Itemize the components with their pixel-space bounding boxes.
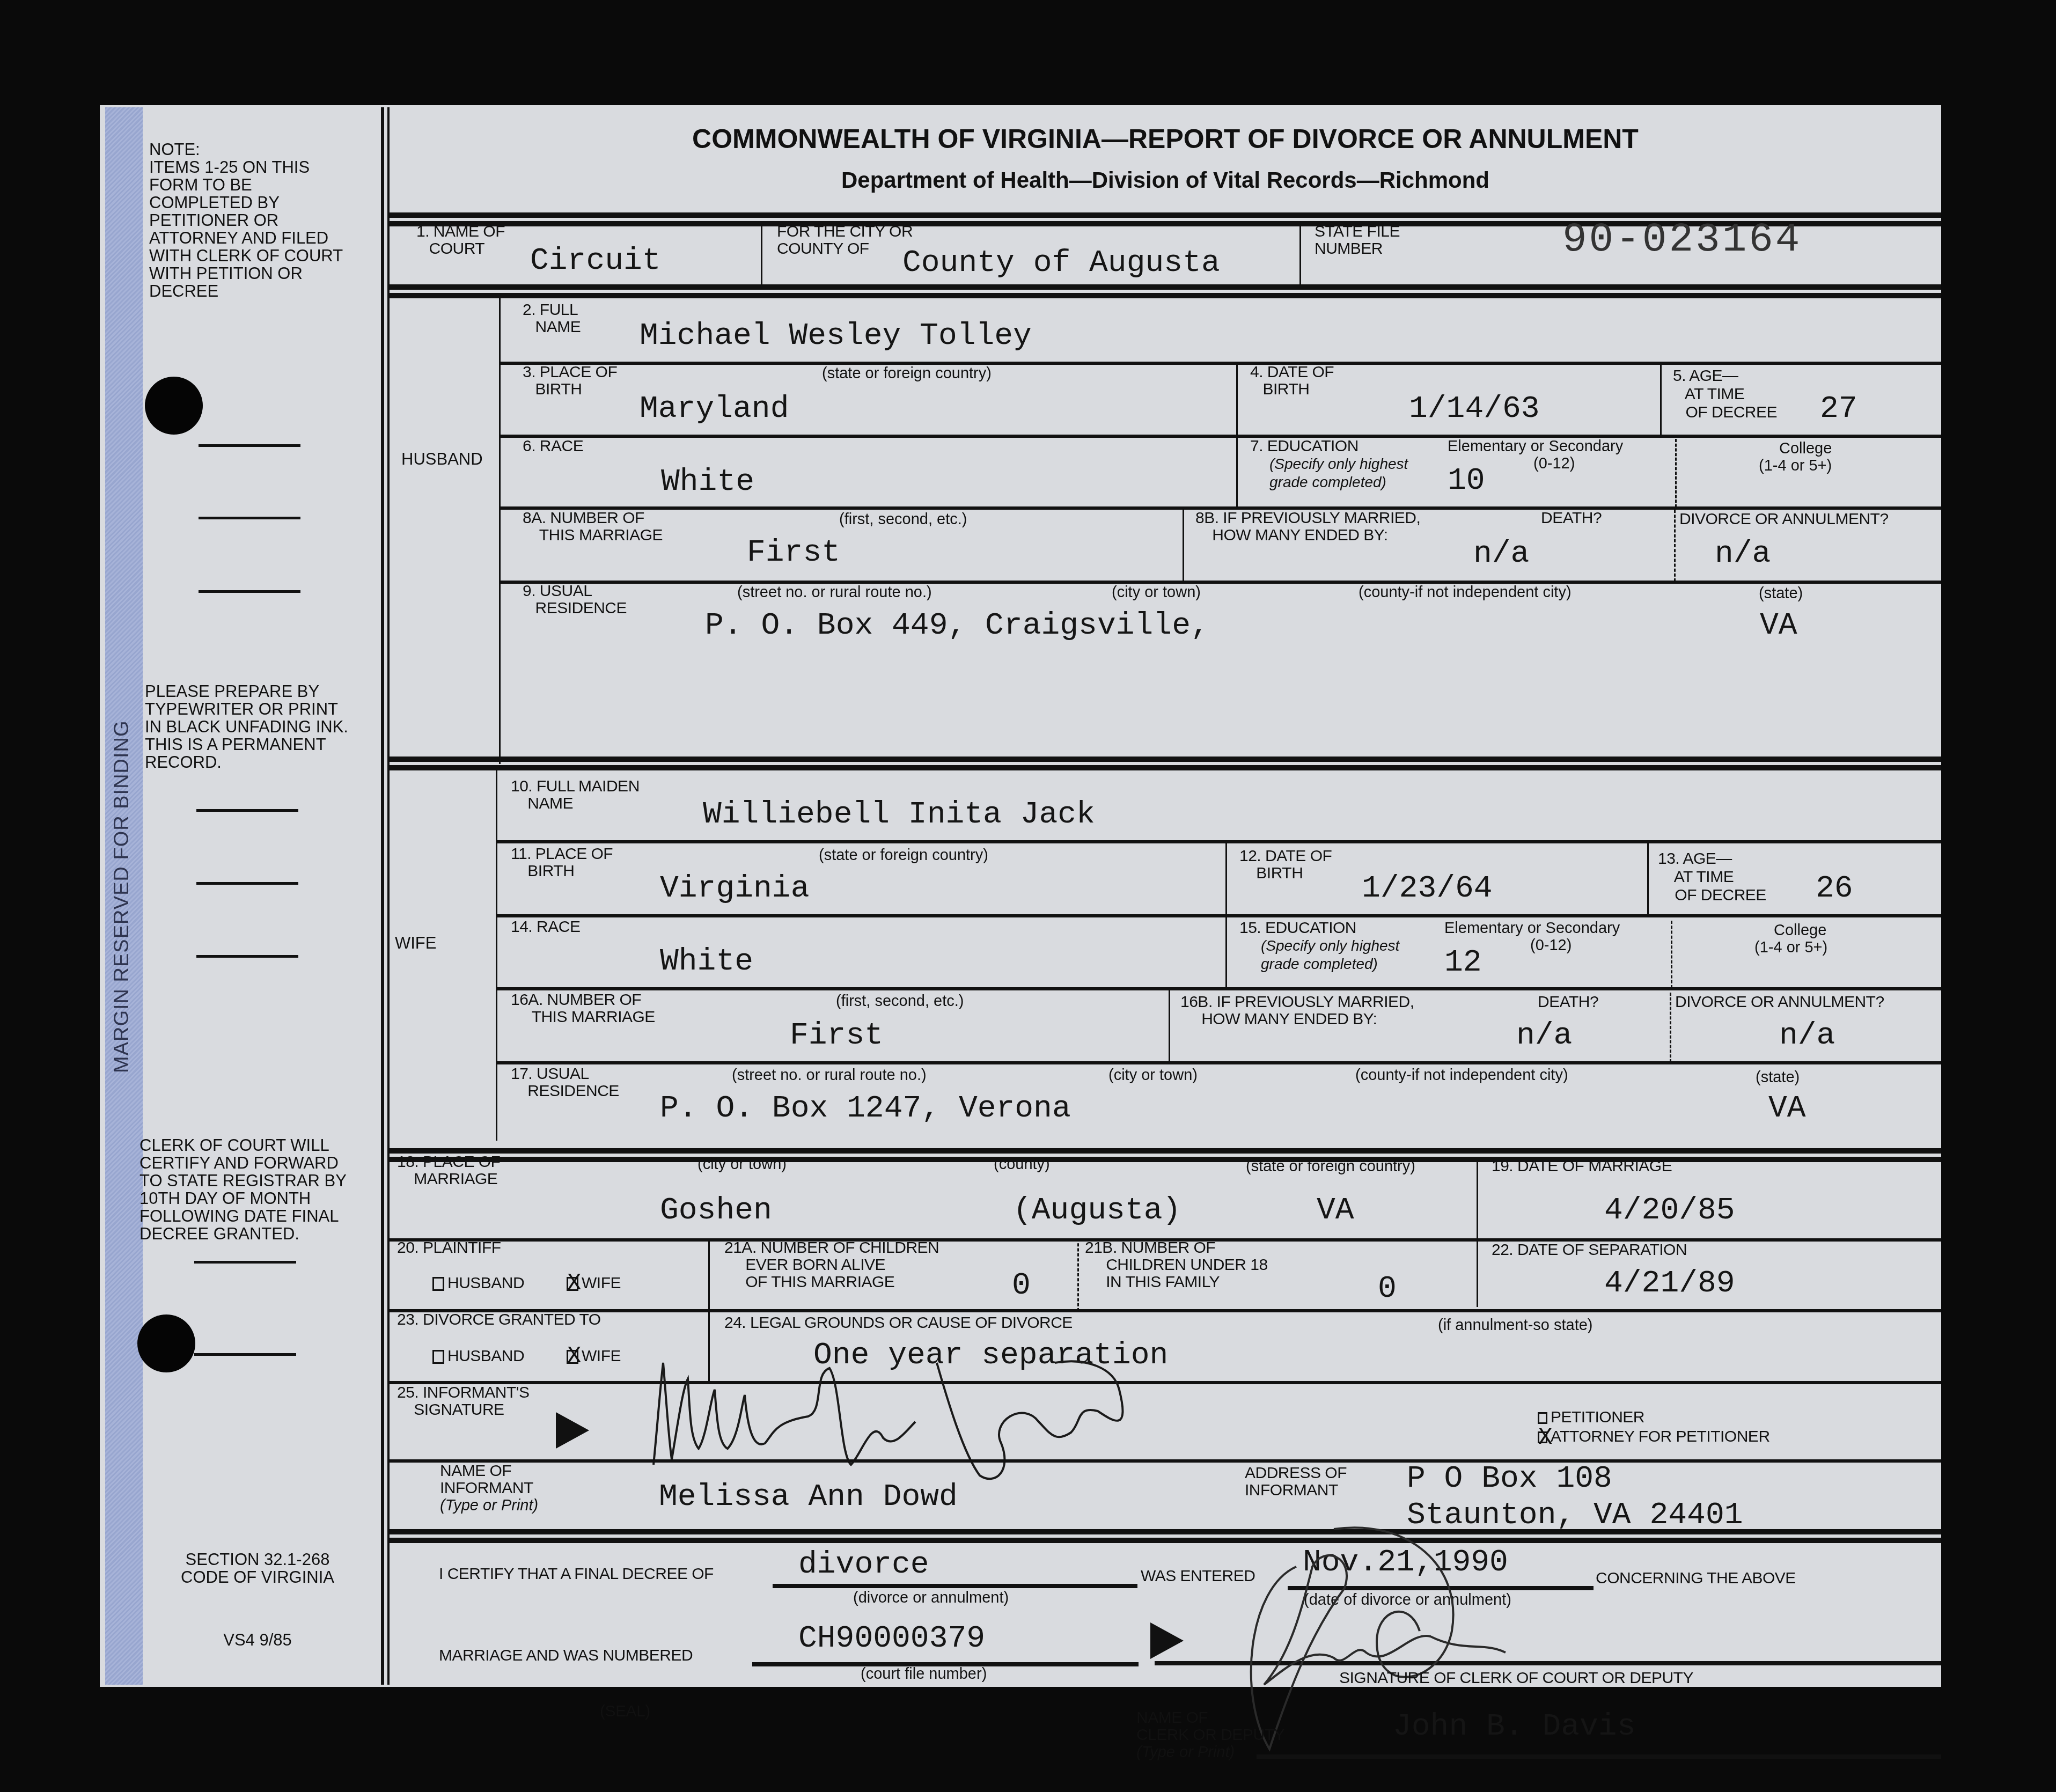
attorney-checkbox[interactable] xyxy=(1538,1431,1547,1443)
granted-label: 23. DIVORCE GRANTED TO xyxy=(397,1311,601,1328)
death-label: DEATH? xyxy=(1541,510,1602,527)
children-born-label: 21a. NUMBER OF CHILDREN EVER BORN ALIVE … xyxy=(724,1239,939,1291)
rule xyxy=(1670,993,1671,1062)
birthplace-hint: (state or foreign country) xyxy=(819,847,988,864)
punch-hole xyxy=(137,1314,195,1372)
husband-race-label: 6. RACE xyxy=(523,438,583,455)
rule xyxy=(390,757,1941,770)
wife-residence-state[interactable]: VA xyxy=(1768,1091,1806,1126)
attorney-option[interactable]: ATTORNEY FOR PETITIONER xyxy=(1538,1427,1770,1446)
code-section: SECTION 32.1-268 CODE OF VIRGINIA xyxy=(145,1551,370,1586)
concerning-text: CONCERNING THE ABOVE xyxy=(1596,1570,1796,1587)
wife-marriage-num-label: 16a. NUMBER OF THIS MARRIAGE xyxy=(511,992,655,1026)
wife-edu-elem[interactable]: 12 xyxy=(1444,945,1482,980)
marriage-num-hint: (first, second, etc.) xyxy=(839,511,967,528)
husband-edu-label: 7. EDUCATION xyxy=(1250,438,1359,455)
rule xyxy=(390,1529,1941,1543)
rule xyxy=(1671,921,1672,988)
plaintiff-label: 20. PLAINTIFF xyxy=(397,1239,501,1257)
marriage-date-label: 19. DATE OF MARRIAGE xyxy=(1492,1158,1672,1175)
husband-dob[interactable]: 1/14/63 xyxy=(1409,392,1540,427)
edu-elem-range: (0-12) xyxy=(1533,455,1575,473)
rule xyxy=(499,581,1941,584)
divorce-report-form: COMMONWEALTH OF VIRGINIA—REPORT OF DIVOR… xyxy=(390,107,1941,1685)
granted-wife-option[interactable]: WIFE xyxy=(567,1348,621,1365)
form-title: COMMONWEALTH OF VIRGINIA—REPORT OF DIVOR… xyxy=(390,123,1941,155)
state-file-number: 90-023164 xyxy=(1562,217,1802,263)
rule xyxy=(496,987,1941,990)
husband-prev-divorce[interactable]: n/a xyxy=(1715,537,1771,571)
edu-college-label: College xyxy=(1779,440,1832,458)
children-born[interactable]: 0 xyxy=(1012,1268,1031,1303)
margin-blank xyxy=(199,444,300,447)
husband-prev-death[interactable]: n/a xyxy=(1473,537,1529,571)
rule xyxy=(390,1381,1941,1384)
edu-college-label: College xyxy=(1774,922,1826,939)
wife-race-label: 14. RACE xyxy=(511,919,580,936)
informant-name[interactable]: Melissa Ann Dowd xyxy=(659,1480,958,1515)
wife-name[interactable]: Williebell Inita Jack xyxy=(703,797,1095,832)
court-name[interactable]: Circuit xyxy=(530,244,661,278)
grounds-hint: (if annulment-so state) xyxy=(1438,1317,1593,1334)
husband-marriage-num[interactable]: First xyxy=(747,535,840,570)
husband-birthplace[interactable]: Maryland xyxy=(640,392,789,427)
informant-address-label: ADDRESS OF INFORMANT xyxy=(1245,1465,1347,1499)
informant-signature xyxy=(647,1357,1151,1486)
hint-state: (state or foreign country) xyxy=(1246,1158,1415,1176)
marriage-city[interactable]: Goshen xyxy=(660,1193,772,1228)
type-or-print-hint: (Type or Print) xyxy=(440,1497,538,1515)
margin-divider xyxy=(381,107,390,1685)
numbered-text: MARRIAGE AND WAS NUMBERED xyxy=(439,1647,693,1664)
form-subtitle: Department of Health—Division of Vital R… xyxy=(390,167,1941,193)
rule xyxy=(496,840,1941,843)
plaintiff-husband-option[interactable]: HUSBAND xyxy=(432,1275,524,1292)
res-hint-city: (city or town) xyxy=(1112,584,1201,601)
marriage-date[interactable]: 4/20/85 xyxy=(1604,1193,1735,1228)
county-name[interactable]: County of Augusta xyxy=(902,246,1220,281)
clerk-name[interactable]: John B. Davis xyxy=(1393,1709,1635,1744)
hint-city: (city or town) xyxy=(697,1156,787,1173)
court-label: 1. NAME OF COURT xyxy=(416,223,505,258)
margin-blank xyxy=(194,1353,296,1356)
rule xyxy=(1077,1238,1079,1311)
wife-section-label: WIFE xyxy=(395,934,437,953)
sign-here-arrow-icon xyxy=(1150,1622,1184,1659)
margin-blank xyxy=(196,809,298,812)
children-under18-label: 21b. NUMBER OF CHILDREN UNDER 18 IN THIS… xyxy=(1085,1239,1268,1291)
informant-signature-label: 25. INFORMANT'S SIGNATURE xyxy=(397,1384,530,1419)
rule xyxy=(496,1061,1941,1064)
rule xyxy=(1169,987,1170,1062)
wife-residence[interactable]: P. O. Box 1247, Verona xyxy=(660,1091,1071,1126)
rule xyxy=(1225,914,1227,988)
seal-placeholder: (SEAL) xyxy=(600,1703,650,1720)
wife-residence-label: 17. USUAL RESIDENCE xyxy=(511,1066,619,1100)
granted-husband-option[interactable]: HUSBAND xyxy=(432,1348,524,1365)
res-hint-county: (county-if not independent city) xyxy=(1355,1067,1568,1084)
separation-date-label: 22. DATE OF SEPARATION xyxy=(1492,1242,1687,1259)
rule xyxy=(1236,362,1238,437)
county-label: FOR THE CITY OR COUNTY OF xyxy=(777,223,913,258)
state-file-label: STATE FILE NUMBER xyxy=(1315,223,1400,258)
rule xyxy=(390,1148,1941,1162)
edu-elem-range: (0-12) xyxy=(1530,937,1572,954)
rule xyxy=(1183,506,1184,582)
margin-blank xyxy=(196,955,298,958)
husband-name-label: 2. FULL NAME xyxy=(523,302,581,336)
punch-hole xyxy=(145,377,203,435)
rule xyxy=(1660,362,1662,437)
marriage-state[interactable]: VA xyxy=(1317,1193,1354,1228)
plaintiff-wife-checkbox[interactable] xyxy=(567,1277,578,1291)
wife-marriage-num[interactable]: First xyxy=(790,1018,883,1053)
husband-birthplace-label: 3. PLACE OF BIRTH xyxy=(523,364,617,398)
granted-wife-checkbox[interactable] xyxy=(567,1350,578,1364)
informant-name-label: NAME OF INFORMANT xyxy=(440,1463,533,1497)
rule xyxy=(1675,439,1677,508)
wife-edu-label: 15. EDUCATION xyxy=(1239,920,1356,937)
rule xyxy=(499,298,501,764)
edu-elem-label: Elementary or Secondary xyxy=(1444,920,1620,937)
decree-type[interactable]: divorce xyxy=(798,1547,929,1582)
rule xyxy=(496,770,497,1141)
children-under18[interactable]: 0 xyxy=(1378,1272,1397,1306)
petitioner-option[interactable]: PETITIONER xyxy=(1538,1408,1644,1427)
marriage-place-label: 18. PLACE OF MARRIAGE xyxy=(397,1154,500,1188)
rule xyxy=(390,1309,1941,1312)
husband-age[interactable]: 27 xyxy=(1820,392,1857,427)
res-hint-county: (county-if not independent city) xyxy=(1359,584,1572,601)
court-file-number[interactable]: CH90000379 xyxy=(798,1621,985,1656)
clerk-name-label: NAME OF CLERK OR DEPUTY xyxy=(1136,1709,1284,1744)
wife-name-label: 10. FULL MAIDEN NAME xyxy=(511,778,640,812)
granted-husband-checkbox[interactable] xyxy=(432,1350,444,1364)
clerk-signature-label: SIGNATURE OF CLERK OF COURT OR DEPUTY xyxy=(1339,1670,1693,1687)
clerk-instructions: CLERK OF COURT WILL CERTIFY AND FORWARD … xyxy=(139,1136,347,1243)
husband-age-label: 5. AGE— AT TIME OF DECREE xyxy=(1673,367,1777,422)
edu-college-range: (1-4 or 5+) xyxy=(1759,457,1832,475)
plaintiff-husband-checkbox[interactable] xyxy=(432,1277,444,1291)
wife-dob-label: 12. DATE OF BIRTH xyxy=(1239,848,1332,882)
husband-section-label: HUSBAND xyxy=(401,450,483,469)
res-hint-street: (street no. or rural route no.) xyxy=(732,1067,927,1084)
wife-dob[interactable]: 1/23/64 xyxy=(1362,871,1493,906)
prepare-instructions: PLEASE PREPARE BY TYPEWRITER OR PRINT IN… xyxy=(145,682,348,771)
rule xyxy=(499,362,1941,365)
husband-edu-elem[interactable]: 10 xyxy=(1448,464,1485,498)
edu-hint: (Specify only highest grade completed) xyxy=(1261,937,1399,973)
husband-race[interactable]: White xyxy=(661,465,754,500)
rule xyxy=(390,1459,1941,1463)
res-hint-street: (street no. or rural route no.) xyxy=(737,584,932,601)
rule xyxy=(1647,842,1649,915)
certify-text: I CERTIFY THAT A FINAL DECREE OF xyxy=(439,1566,714,1583)
husband-marriage-num-label: 8a. NUMBER OF THIS MARRIAGE xyxy=(523,510,663,544)
type-or-print-hint: (Type or Print) xyxy=(1136,1744,1235,1761)
edu-college-range: (1-4 or 5+) xyxy=(1754,939,1827,957)
grounds-label: 24. LEGAL GROUNDS OR CAUSE OF DIVORCE xyxy=(724,1314,1073,1332)
margin-blank xyxy=(196,882,298,885)
husband-prev-married-label: 8b. IF PREVIOUSLY MARRIED, HOW MANY ENDE… xyxy=(1195,510,1420,544)
hint-county: (county) xyxy=(994,1156,1050,1173)
husband-residence-label: 9. USUAL RESIDENCE xyxy=(523,583,627,617)
wife-prev-divorce[interactable]: n/a xyxy=(1779,1018,1835,1053)
marriage-county[interactable]: (Augusta) xyxy=(1013,1193,1181,1228)
wife-birthplace[interactable]: Virginia xyxy=(660,871,809,906)
left-instructions-panel: NOTE: ITEMS 1-25 ON THIS FORM TO BE COMP… xyxy=(145,107,381,1685)
separation-date[interactable]: 4/21/89 xyxy=(1604,1266,1735,1301)
note-text: NOTE: ITEMS 1-25 ON THIS FORM TO BE COMP… xyxy=(149,141,343,300)
birthplace-hint: (state or foreign country) xyxy=(822,365,992,383)
wife-age-label: 13. AGE— AT TIME OF DECREE xyxy=(1658,850,1766,905)
edu-hint: (Specify only highest grade completed) xyxy=(1269,455,1408,491)
divorce-annulment-label: DIVORCE OR ANNULMENT? xyxy=(1675,994,1884,1011)
rule xyxy=(773,1584,1137,1588)
husband-residence-state[interactable]: VA xyxy=(1760,608,1797,643)
rule xyxy=(496,914,1941,917)
rule xyxy=(1299,221,1301,288)
margin-blank xyxy=(199,517,300,519)
rule xyxy=(1257,1754,1941,1759)
plaintiff-wife-option[interactable]: WIFE xyxy=(567,1275,621,1292)
wife-age[interactable]: 26 xyxy=(1816,871,1853,906)
marriage-num-hint: (first, second, etc.) xyxy=(836,993,964,1010)
divorce-annulment-label: DIVORCE OR ANNULMENT? xyxy=(1679,511,1889,528)
binding-margin-text: MARGIN RESERVED FOR BINDING xyxy=(111,720,134,1073)
res-hint-city: (city or town) xyxy=(1108,1067,1198,1084)
margin-blank xyxy=(194,1261,296,1264)
death-label: DEATH? xyxy=(1538,994,1598,1011)
rule xyxy=(390,284,1941,298)
wife-birthplace-label: 11. PLACE OF BIRTH xyxy=(511,846,613,880)
rule xyxy=(1674,510,1676,582)
file-hint: (court file number) xyxy=(861,1665,987,1683)
decree-hint: (divorce or annulment) xyxy=(853,1589,1009,1607)
edu-elem-label: Elementary or Secondary xyxy=(1448,438,1623,456)
husband-name[interactable]: Michael Wesley Tolley xyxy=(640,319,1032,354)
husband-dob-label: 4. DATE OF BIRTH xyxy=(1250,364,1334,398)
res-hint-state: (state) xyxy=(1759,585,1803,603)
res-hint-state: (state) xyxy=(1756,1069,1800,1086)
rule xyxy=(1477,1161,1478,1307)
wife-prev-married-label: 16b. IF PREVIOUSLY MARRIED, HOW MANY END… xyxy=(1180,994,1414,1028)
rule xyxy=(1236,435,1238,509)
informant-address-line1[interactable]: P O Box 108 xyxy=(1407,1461,1612,1496)
sign-here-arrow-icon xyxy=(556,1412,589,1449)
wife-prev-death[interactable]: n/a xyxy=(1516,1018,1572,1053)
husband-residence[interactable]: P. O. Box 449, Craigsville, xyxy=(705,608,1209,643)
rule xyxy=(761,221,762,288)
rule xyxy=(499,435,1941,438)
margin-blank xyxy=(199,590,300,593)
rule xyxy=(1225,842,1227,915)
wife-race[interactable]: White xyxy=(660,944,753,979)
form-id: VS4 9/85 xyxy=(145,1631,370,1649)
petitioner-checkbox[interactable] xyxy=(1538,1412,1547,1424)
